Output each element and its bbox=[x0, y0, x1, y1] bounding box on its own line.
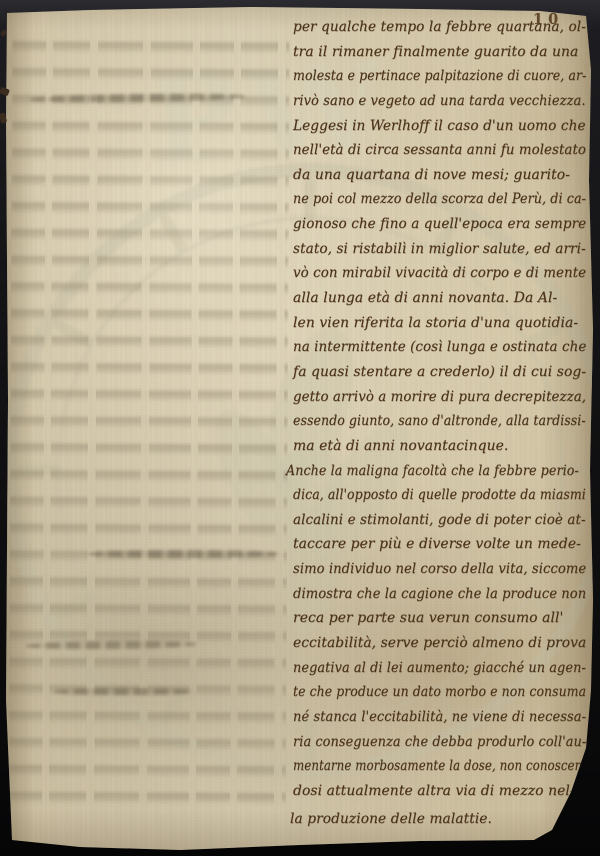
manuscript-line: tra il rimaner finalmente guarito da una bbox=[293, 40, 586, 65]
manuscript-text-column: per qualche tempo la febbre quartana, ol… bbox=[293, 15, 589, 831]
manuscript-line: alla lunga età di anni novanta. Da Al- bbox=[293, 286, 586, 311]
manuscript-line: da una quartana di nove mesi; guarito- bbox=[293, 163, 586, 188]
manuscript-line: len vien riferita la storia d'una quotid… bbox=[293, 311, 586, 336]
manuscript-line: ne poi col mezzo della scorza del Perù, … bbox=[293, 187, 562, 212]
manuscript-line: stato, si ristabilì in miglior salute, e… bbox=[293, 237, 580, 262]
bleed-through-smudge bbox=[30, 92, 245, 103]
manuscript-line: ria conseguenza che debba produrlo coll'… bbox=[293, 730, 565, 755]
manuscript-line: per qualche tempo la febbre quartana, ol… bbox=[293, 15, 581, 40]
manuscript-line: simo individuo nel corso della vita, sic… bbox=[293, 557, 570, 582]
manuscript-line: reca per parte sua verun consumo all' bbox=[293, 606, 586, 631]
photograph-background: PW 10 per qualche tempo la febbre quarta… bbox=[0, 0, 600, 856]
manuscript-line: essendo giunto, sano d'altronde, alla ta… bbox=[293, 409, 557, 434]
manuscript-line: molesta e pertinace palpitazione di cuor… bbox=[293, 64, 558, 89]
manuscript-line: mentarne morbosamente la dose, non conos… bbox=[293, 754, 542, 779]
manuscript-line: vò con mirabil vivacità di corpo e di me… bbox=[293, 261, 576, 286]
paper-light-patch bbox=[95, 85, 305, 335]
manuscript-line: rivò sano e vegeto ad una tarda vecchiez… bbox=[293, 89, 568, 114]
bleed-through-smudge bbox=[26, 640, 196, 650]
manuscript-line: dica, all'opposto di quelle prodotte da … bbox=[293, 483, 557, 508]
manuscript-line: dimostra che la cagione che la produce n… bbox=[293, 582, 569, 607]
manuscript-line: ma età di anni novantacinque. bbox=[293, 434, 586, 459]
manuscript-line: nell'età di circa sessanta anni fu moles… bbox=[293, 138, 575, 163]
manuscript-line: alcalini e stimolanti, gode di poter cio… bbox=[293, 508, 577, 533]
manuscript-line: negativa al di lei aumento; giacché un a… bbox=[293, 656, 565, 681]
manuscript-line: dosi attualmente altra via di mezzo nel- bbox=[293, 779, 586, 804]
manuscript-line: fa quasi stentare a crederlo) il di cui … bbox=[293, 360, 585, 385]
manuscript-line: Leggesi in Werlhoff il caso d'un uomo ch… bbox=[293, 114, 581, 139]
binding-mark bbox=[0, 29, 7, 37]
manuscript-line: eccitabilità, serve perciò almeno di pro… bbox=[293, 631, 584, 656]
manuscript-line: la produzione delle malattie. bbox=[290, 807, 583, 832]
manuscript-line: Anche la maligna facoltà che la febbre p… bbox=[286, 459, 560, 484]
manuscript-line: na intermittente (così lunga e ostinata … bbox=[293, 335, 576, 360]
manuscript-line: te che produce un dato morbo e non consu… bbox=[293, 680, 556, 705]
bleed-through-smudge bbox=[54, 688, 194, 695]
manuscript-line: getto arrivò a morire di pura decrepitez… bbox=[293, 385, 575, 410]
bleed-through-smudge bbox=[88, 550, 278, 558]
paper-stain bbox=[25, 555, 290, 760]
manuscript-line: taccare per più e diverse volte un mede- bbox=[293, 532, 586, 557]
manuscript-line: né stanca l'eccitabilità, ne viene di ne… bbox=[293, 705, 567, 730]
manuscript-line: gionoso che fino a quell'epoca era sempr… bbox=[293, 212, 579, 237]
bleed-through-handwriting bbox=[8, 31, 290, 810]
manuscript-page: PW 10 per qualche tempo la febbre quarta… bbox=[0, 0, 600, 856]
